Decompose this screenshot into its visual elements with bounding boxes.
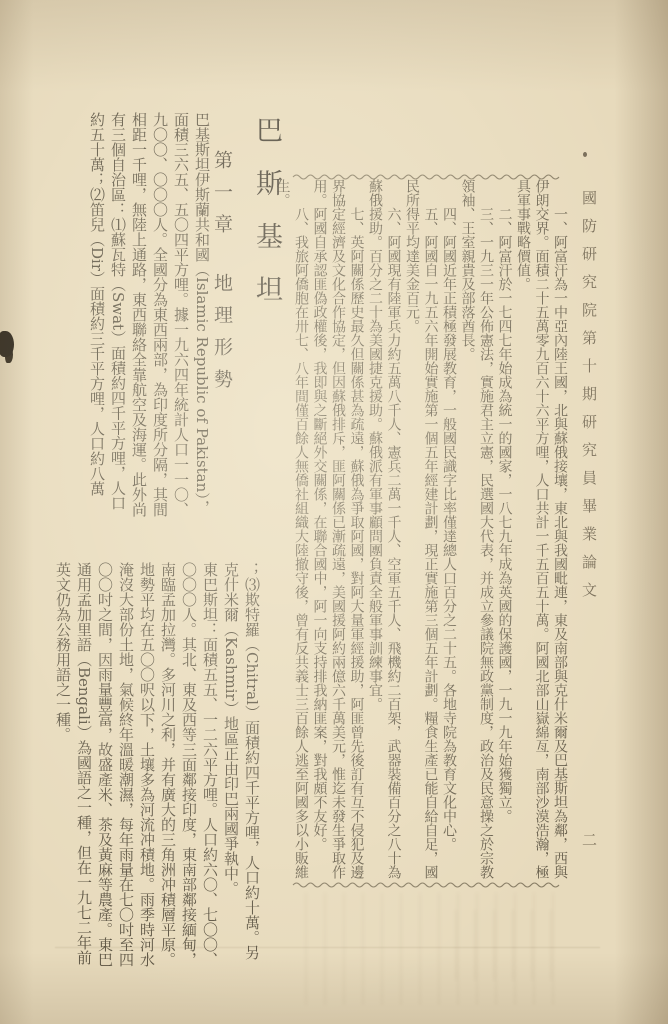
wavy-rule-top [292,172,564,180]
heading-gap [222,246,223,273]
bleed-through-ghost [305,893,560,1005]
summary-item: 七、英阿關係歷史最久但關係甚為疏遠，蘇俄為爭取阿國，對阿大量軍經援助，阿匪曾先後… [310,179,366,883]
chapter-number: 第一章 [211,150,233,246]
chapter-heading: 第一章地理形勢 [209,150,236,450]
summary-box: 一、阿富汗為一中亞內陸王國，北與蘇俄接壤，東北與我國毗連，東及南部與克什米爾及巴… [291,179,569,883]
scanned-page: { "page": { "margin_caption": "國防研究院第十期研… [0,0,668,1024]
ink-dot [583,152,587,157]
margin-caption: 國防研究院第十期研究員畢業論文 [579,190,600,660]
bleed-through-ghost [455,910,555,980]
summary-item: 六、阿國現有陸軍兵力約五萬八千人、憲兵二萬一千人、空軍五千人、飛機約二百架，武器… [366,179,403,883]
scan-speck [0,331,14,357]
summary-item: 四、阿國近年正積極發展教育，一般國民識字比率僅達總人口百分之二十五。各地寺院為教… [440,179,459,883]
paragraph-text: 巴基斯坦伊斯蘭共和國（Islamic Republic of Pakistan）… [86,112,212,518]
summary-item: 二、阿富汗於一七四七年始成為統一的國家，一八七九年成為英國的保護國，一九一九年始… [495,179,514,883]
paragraph-text: ；⑶欺特羅（Chitral）面積約四千平方哩，人口約十萬。另克什米爾（Kashm… [220,562,262,970]
body-paragraph-intro: 巴基斯坦伊斯蘭共和國（Islamic Republic of Pakistan）… [76,112,212,518]
page-number: 二 [579,832,600,872]
summary-item: 三、一九三一年公佈憲法，實施君主立憲，民選國大代表，并成立參議院無政黨制度，政治… [458,179,495,883]
page-title: 巴斯基坦 [247,116,286,376]
body-paragraph-lower: ；⑶欺特羅（Chitral）面積約四千平方哩，人口約十萬。另克什米爾（Kashm… [46,562,262,970]
summary-item: 五、阿國自一九五六年開始實施第一個五年經建計劃，現正實施第三個五年計劃。糧食生產… [403,179,440,883]
chapter-name: 地理形勢 [211,273,233,401]
summary-item: 一、阿富汗為一中亞內陸王國，北與蘇俄接壤，東北與我國毗連，東及南部與克什米爾及巴… [514,179,570,883]
summary-list: 一、阿富汗為一中亞內陸王國，北與蘇俄接壤，東北與我國毗連，東及南部與克什米爾及巴… [291,179,569,883]
paragraph-text: 東巴斯坦：面積五五、一二六平方哩。人口約六〇、七〇〇、〇〇〇人。其北、東及西等三… [52,562,220,970]
wavy-rule-bottom [292,880,564,888]
